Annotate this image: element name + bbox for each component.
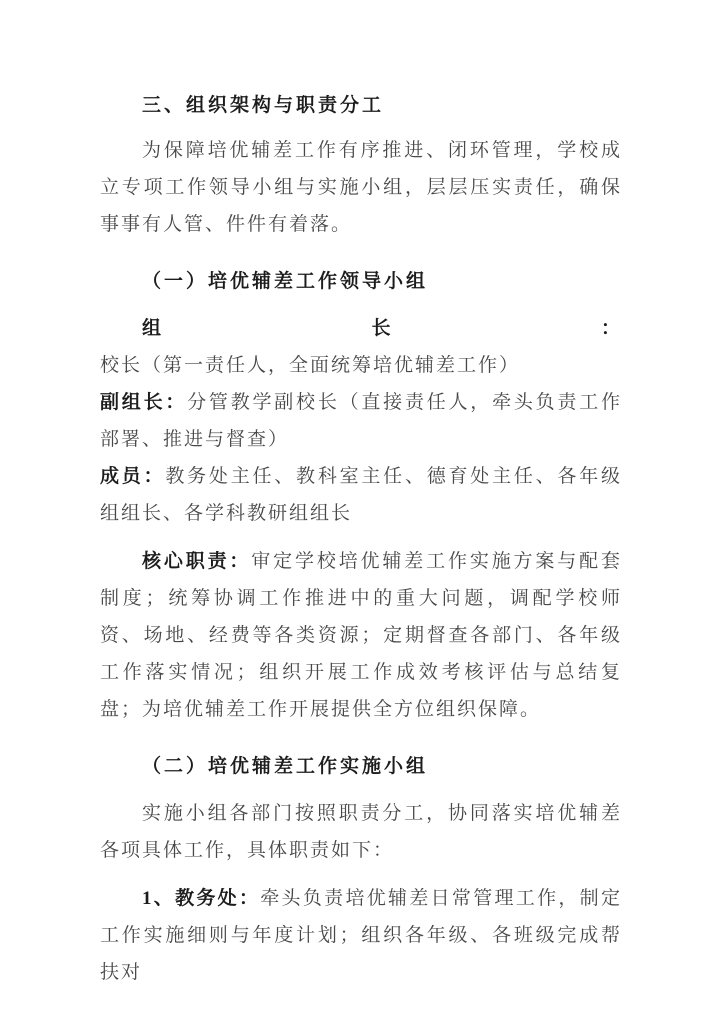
members-text: 教务处主任、教科室主任、德育处主任、各年级组组长、各学科教研组组长 — [100, 466, 622, 524]
subsection-2-intro: 实施小组各部门按照职责分工，协同落实培优辅差各项具体工作，具体职责如下： — [100, 795, 622, 869]
deputy-leader-paragraph: 副组长：分管教学副校长（直接责任人，牵头负责工作部署、推进与督查） — [100, 384, 622, 458]
leader-paragraph: 组长：校长（第一责任人，全面统筹培优辅差工作） — [100, 310, 622, 384]
members-paragraph: 成员：教务处主任、教科室主任、德育处主任、各年级组组长、各学科教研组组长 — [100, 458, 622, 532]
core-duties-label: 核心职责： — [142, 551, 251, 572]
subsection-1-heading: （一）培优辅差工作领导小组 — [100, 263, 622, 300]
dept-item-1-paragraph: 1、教务处：牵头负责培优辅差日常管理工作，制定工作实施细则与年度计划；组织各年级… — [100, 880, 622, 991]
intro-paragraph: 为保障培优辅差工作有序推进、闭环管理，学校成立专项工作领导小组与实施小组，层层压… — [100, 132, 622, 243]
document-page: 三、组织架构与职责分工 为保障培优辅差工作有序推进、闭环管理，学校成立专项工作领… — [0, 0, 724, 1024]
leader-text: 校长（第一责任人，全面统筹培优辅差工作） — [100, 355, 520, 376]
leader-label: 组长： — [142, 318, 622, 339]
core-duties-text: 审定学校培优辅差工作实施方案与配套制度；统筹协调工作推进中的重大问题，调配学校师… — [100, 551, 622, 720]
section-heading: 三、组织架构与职责分工 — [100, 87, 622, 124]
subsection-2-heading: （二）培优辅差工作实施小组 — [100, 748, 622, 785]
members-label: 成员： — [100, 466, 165, 487]
dept-item-1-label: 1、教务处： — [142, 888, 260, 909]
document-content: 三、组织架构与职责分工 为保障培优辅差工作有序推进、闭环管理，学校成立专项工作领… — [100, 87, 622, 991]
deputy-leader-label: 副组长： — [100, 392, 187, 413]
core-duties-paragraph: 核心职责：审定学校培优辅差工作实施方案与配套制度；统筹协调工作推进中的重大问题，… — [100, 543, 622, 728]
